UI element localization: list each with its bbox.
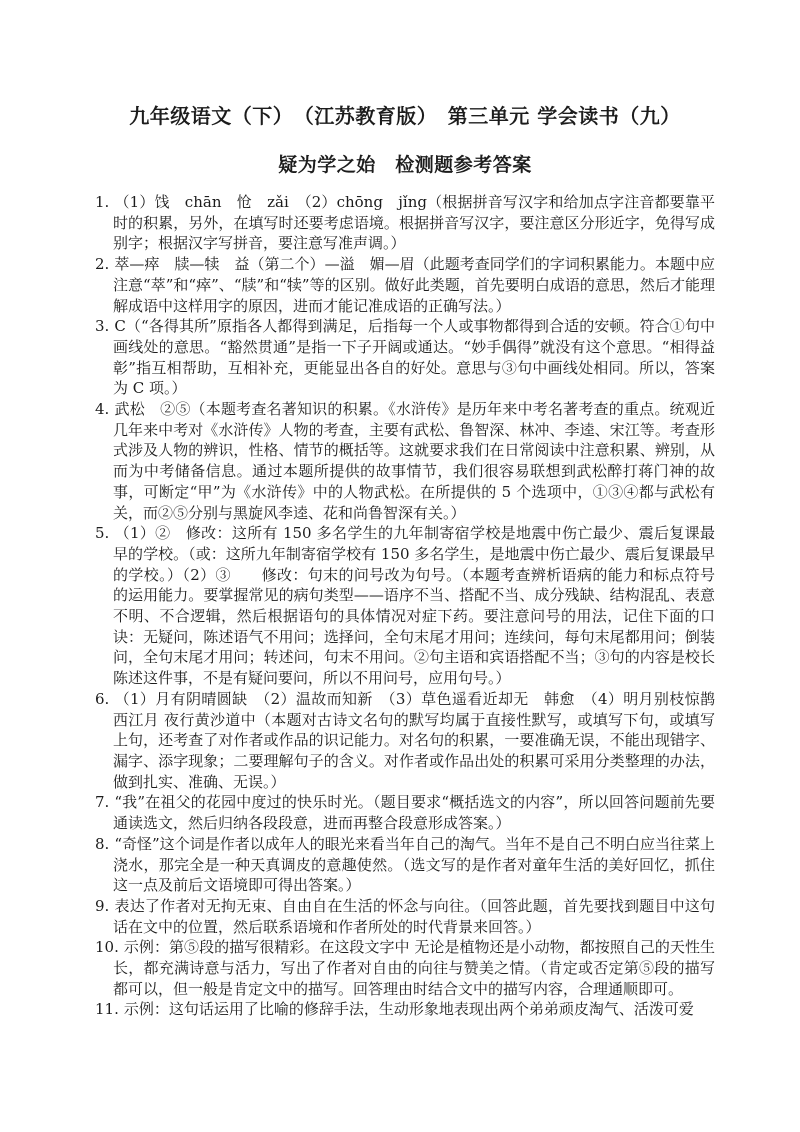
- answer-number-7: 7.: [95, 793, 114, 811]
- answer-item-9: 9.表达了作者对无拘无束、自由自在生活的怀念与向往。（回答此题，首先要找到题目中…: [95, 896, 715, 937]
- answer-text-6: （1）月有阴晴圆缺 （2）温故而知新 （3）草色遥看近却无 韩愈 （4）明月别枝…: [113, 690, 730, 791]
- answer-item-8: 8.“奇怪”这个词是作者以成年人的眼光来看当年自己的淘气。当年不是自己不明白应当…: [95, 834, 715, 896]
- answer-text-2: 萃—瘁 牍—犊 益（第二个）—溢 媚—眉（此题考查同学们的字词积累能力。本题中应…: [113, 255, 715, 314]
- page-subtitle: 疑为学之始 检测题参考答案: [95, 150, 715, 177]
- answer-text-9: 表达了作者对无拘无束、自由自在生活的怀念与向往。（回答此题，首先要找到题目中这句…: [113, 897, 715, 936]
- answer-text-8: “奇怪”这个词是作者以成年人的眼光来看当年自己的淘气。当年不是自己不明白应当往菜…: [113, 835, 715, 894]
- answer-number-4: 4.: [95, 400, 114, 418]
- answer-item-11: 11.示例：这句话运用了比喻的修辞手法，生动形象地表现出两个弟弟顽皮淘气、活泼可…: [95, 999, 715, 1020]
- answer-text-4: 武松 ②⑤（本题考查名著知识的积累。《水浒传》是历年来中考名著考查的重点。统观近…: [113, 400, 715, 522]
- answer-number-11: 11.: [95, 1000, 124, 1018]
- answer-text-1: （1）饯 chān 怆 zǎi （2）chōng jǐng（根据拼音写汉字和给加…: [113, 193, 715, 252]
- document-page: 九年级语文（下） （江苏教育版） 第三单元 学会读书（九） 疑为学之始 检测题参…: [0, 0, 800, 1132]
- answer-text-5: （1）② 修改：这所有 150 多名学生的九年制寄宿学校是地震中伤亡最少、震后复…: [113, 524, 715, 687]
- answer-text-7: “我”在祖父的花园中度过的快乐时光。（题目要求“概括选文的内容”，所以回答问题前…: [113, 793, 715, 832]
- answer-text-10: 示例：第⑤段的描写很精彩。在这段文字中 无论是植物还是小动物，都按照自己的天性生…: [113, 938, 715, 997]
- answer-item-5: 5.（1）② 修改：这所有 150 多名学生的九年制寄宿学校是地震中伤亡最少、震…: [95, 523, 715, 689]
- answer-number-10: 10.: [95, 938, 124, 956]
- answer-number-5: 5.: [95, 524, 114, 542]
- answer-number-3: 3.: [95, 317, 114, 335]
- page-title: 九年级语文（下） （江苏教育版） 第三单元 学会读书（九）: [95, 100, 715, 129]
- answer-item-3: 3.C（“各得其所”原指各人都得到满足，后指每一个人或事物都得到合适的安顿。符合…: [95, 316, 715, 399]
- answer-item-4: 4.武松 ②⑤（本题考查名著知识的积累。《水浒传》是历年来中考名著考查的重点。统…: [95, 399, 715, 523]
- answer-text-11: 示例：这句话运用了比喻的修辞手法，生动形象地表现出两个弟弟顽皮淘气、活泼可爱: [124, 1000, 694, 1018]
- answer-item-6: 6.（1）月有阴晴圆缺 （2）温故而知新 （3）草色遥看近却无 韩愈 （4）明月…: [95, 689, 715, 793]
- answer-number-1: 1.: [95, 193, 114, 211]
- answer-item-10: 10.示例：第⑤段的描写很精彩。在这段文字中 无论是植物还是小动物，都按照自己的…: [95, 937, 715, 999]
- answer-list: 1.（1）饯 chān 怆 zǎi （2）chōng jǐng（根据拼音写汉字和…: [95, 192, 715, 1020]
- answer-number-8: 8.: [95, 835, 114, 853]
- answer-item-1: 1.（1）饯 chān 怆 zǎi （2）chōng jǐng（根据拼音写汉字和…: [95, 192, 715, 254]
- answer-number-9: 9.: [95, 897, 114, 915]
- answer-item-2: 2.萃—瘁 牍—犊 益（第二个）—溢 媚—眉（此题考查同学们的字词积累能力。本题…: [95, 254, 715, 316]
- answer-item-7: 7.“我”在祖父的花园中度过的快乐时光。（题目要求“概括选文的内容”，所以回答问…: [95, 792, 715, 833]
- answer-number-6: 6.: [95, 690, 114, 708]
- answer-text-3: C（“各得其所”原指各人都得到满足，后指每一个人或事物都得到合适的安顿。符合①句…: [113, 317, 715, 397]
- answer-number-2: 2.: [95, 255, 114, 273]
